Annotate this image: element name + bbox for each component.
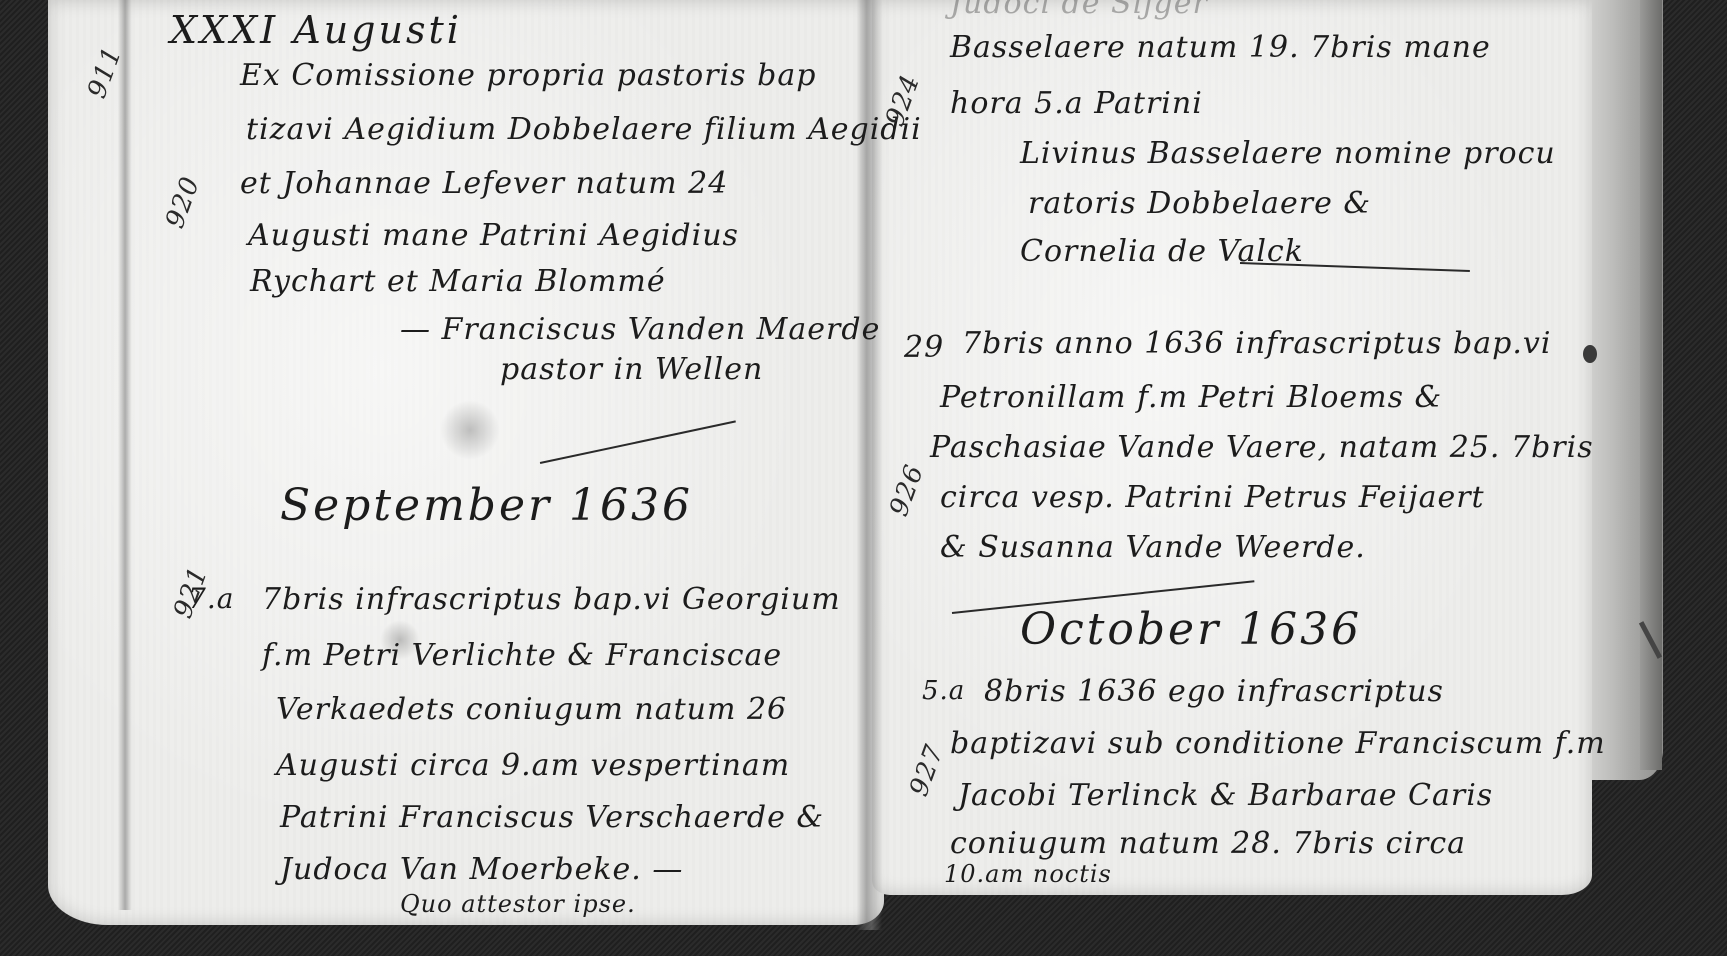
- register-line: et Johannae Lefever natum 24: [240, 166, 728, 201]
- register-line: circa vesp. Patrini Petrus Feijaert: [940, 480, 1485, 515]
- register-line-partial: Judoci de Sijger: [950, 0, 1208, 21]
- left-page-fold: [118, 0, 132, 910]
- page-hole: [1583, 345, 1597, 363]
- register-line: Ex Comissione propria pastoris bap: [240, 58, 816, 93]
- register-line: Augusti mane Patrini Aegidius: [248, 218, 739, 253]
- register-line: hora 5.a Patrini: [950, 86, 1203, 121]
- register-line: Jacobi Terlinck & Barbarae Caris: [958, 778, 1493, 813]
- register-line: & Susanna Vande Weerde.: [940, 530, 1366, 565]
- register-signature: — Franciscus Vanden Maerde: [400, 312, 880, 347]
- entry-day: 5.a: [922, 676, 965, 706]
- entry-day: 7.a: [188, 582, 234, 615]
- ink-stain: [440, 400, 500, 460]
- register-line: Paschasiae Vande Vaere, natam 25. 7bris: [930, 430, 1594, 465]
- register-line: 7bris anno 1636 infrascriptus bap.vi: [962, 326, 1551, 361]
- register-line: 10.am noctis: [944, 860, 1112, 888]
- register-line: Rychart et Maria Blommé: [250, 264, 666, 299]
- register-line: f.m Petri Verlichte & Franciscae: [262, 638, 782, 673]
- register-line: Basselaere natum 19. 7bris mane: [950, 30, 1491, 65]
- register-line: Patrini Franciscus Verschaerde &: [280, 800, 824, 835]
- register-signature: Quo attestor ipse.: [400, 890, 636, 918]
- register-line: coniugum natum 28. 7bris circa: [950, 826, 1466, 861]
- register-line: Augusti circa 9.am vespertinam: [276, 748, 790, 783]
- entry-heading: XXXI Augusti: [170, 8, 462, 52]
- register-line: 8bris 1636 ego infrascriptus: [984, 674, 1444, 709]
- register-line: baptizavi sub conditione Franciscum f.m: [950, 726, 1606, 761]
- register-line: ratoris Dobbelaere &: [1028, 186, 1371, 221]
- register-signature: pastor in Wellen: [500, 352, 763, 387]
- register-line: Judoca Van Moerbeke. —: [280, 852, 683, 887]
- register-line: 7bris infrascriptus bap.vi Georgium: [262, 582, 841, 617]
- month-heading: September 1636: [280, 480, 693, 531]
- register-line: Petronillam f.m Petri Bloems &: [940, 380, 1442, 415]
- register-line: tizavi Aegidium Dobbelaere filium Aegidi…: [246, 112, 922, 147]
- register-line: Verkaedets coniugum natum 26: [276, 692, 787, 727]
- month-heading: October 1636: [1020, 604, 1362, 655]
- entry-day: 29: [904, 330, 944, 365]
- register-line: Livinus Basselaere nomine procu: [1020, 136, 1556, 171]
